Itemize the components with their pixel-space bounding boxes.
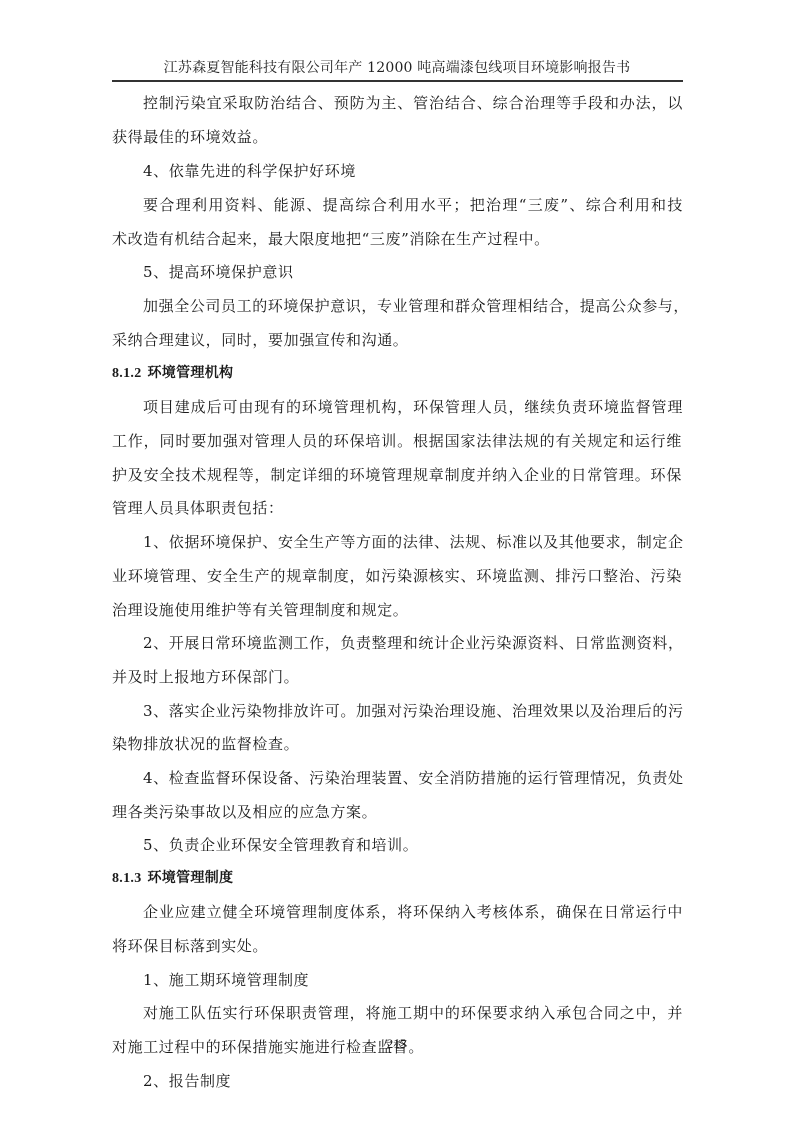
paragraph-line: 并及时上报地方环保部门。 bbox=[112, 667, 682, 687]
paragraph-line: 控制污染宜采取防治结合、预防为主、管治结合、综合治理等手段和办法，以 bbox=[143, 93, 683, 113]
list-item-heading: 1、施工期环境管理制度 bbox=[143, 970, 683, 990]
document-title: 江苏森夏智能科技有限公司年产 12000 吨高端漆包线项目环境影响报告书 bbox=[112, 57, 682, 77]
paragraph-line: 项目建成后可由现有的环境管理机构，环保管理人员，继续负责环境监督管理 bbox=[143, 397, 683, 417]
section-title: 环境管理制度 bbox=[148, 870, 234, 886]
paragraph-line: 对施工队伍实行环保职责管理，将施工期中的环保要求纳入承包合同之中，并 bbox=[143, 1003, 683, 1023]
paragraph-line: 5、负责企业环保安全管理教育和培训。 bbox=[143, 835, 683, 855]
section-number: 8.1.2 bbox=[112, 366, 142, 381]
list-item-heading: 2、报告制度 bbox=[143, 1071, 683, 1091]
paragraph-line: 管理人员具体职责包括： bbox=[112, 498, 682, 518]
section-title: 环境管理机构 bbox=[148, 365, 234, 381]
paragraph-line: 将环保目标落到实处。 bbox=[112, 936, 682, 956]
paragraph-line: 理各类污染事故以及相应的应急方案。 bbox=[112, 802, 682, 822]
paragraph-line: 1、依据环境保护、安全生产等方面的法律、法规、标准以及其他要求，制定企 bbox=[143, 532, 683, 552]
page-number: 215 bbox=[0, 1036, 793, 1052]
paragraph-line: 术改造有机结合起来，最大限度地把“三废”消除在生产过程中。 bbox=[112, 229, 682, 249]
paragraph-line: 3、落实企业污染物排放许可。加强对污染治理设施、治理效果以及治理后的污 bbox=[143, 701, 683, 721]
section-number: 8.1.3 bbox=[112, 871, 142, 886]
paragraph-line: 4、检查监督环保设备、污染治理装置、安全消防措施的运行管理情况，负责处 bbox=[143, 768, 683, 788]
list-item-heading: 4、依靠先进的科学保护好环境 bbox=[143, 161, 683, 181]
paragraph-line: 治理设施使用维护等有关管理制度和规定。 bbox=[112, 600, 682, 620]
paragraph-line: 工作，同时要加强对管理人员的环保培训。根据国家法律法规的有关规定和运行维 bbox=[112, 431, 682, 451]
paragraph-line: 业环境管理、安全生产的规章制度，如污染源核实、环境监测、排污口整治、污染 bbox=[112, 566, 682, 586]
list-item-heading: 5、提高环境保护意识 bbox=[143, 262, 683, 282]
paragraph-line: 采纳合理建议，同时，要加强宣传和沟通。 bbox=[112, 330, 682, 350]
section-heading-8-1-2: 8.1.2环境管理机构 bbox=[112, 363, 682, 384]
paragraph-line: 护及安全技术规程等，制定详细的环境管理规章制度并纳入企业的日常管理。环保 bbox=[112, 465, 682, 485]
paragraph-line: 获得最佳的环境效益。 bbox=[112, 127, 682, 147]
section-heading-8-1-3: 8.1.3环境管理制度 bbox=[112, 868, 682, 889]
paragraph-line: 要合理利用资料、能源、提高综合利用水平；把治理“三废”、综合利用和技 bbox=[143, 195, 683, 215]
header-divider bbox=[112, 80, 683, 82]
paragraph-line: 企业应建立健全环境管理制度体系，将环保纳入考核体系，确保在日常运行中 bbox=[143, 902, 683, 922]
paragraph-line: 加强全公司员工的环境保护意识，专业管理和群众管理相结合，提高公众参与， bbox=[143, 296, 683, 316]
paragraph-line: 2、开展日常环境监测工作，负责整理和统计企业污染源资料、日常监测资料， bbox=[143, 633, 683, 653]
paragraph-line: 染物排放状况的监督检查。 bbox=[112, 734, 682, 754]
